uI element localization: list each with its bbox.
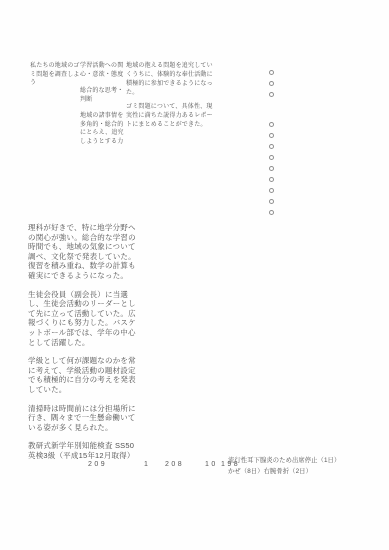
circle-mark-icon (269, 81, 274, 86)
general-remarks: 理科が好きで、特に地学分野への関心が強い。総合的な学習の時間でも、地域の気象につ… (28, 223, 142, 469)
attendance-notes: 流行性耳下腺炎のため出席停止（1日）かぜ（8日）右腕骨折（2日） (228, 455, 378, 477)
circle-mark-icon (269, 92, 274, 97)
circle-mark-icon (269, 188, 274, 193)
circle-mark-icon (269, 210, 274, 215)
behavior-mark-group-2 (269, 122, 274, 215)
attendance-note-line: かぜ（8日）右腕骨折（2日） (228, 466, 378, 477)
attendance-total-days: 209 (88, 461, 107, 468)
remarks-paragraph: 学級として何が課題なのかを常に考えて、学級活動の題材設定でも積極的に自分の考えを… (28, 356, 142, 394)
behavior-mark-group-1 (269, 70, 274, 97)
attendance-note-line: 流行性耳下腺炎のため出席停止（1日） (228, 455, 378, 466)
evaluation-item: ゴミ問題について、具体性、現実性に満ちた説得力あるレポートにまとめることができた… (126, 103, 218, 130)
circle-mark-icon (269, 133, 274, 138)
attendance-suspension-days: 1 (144, 461, 150, 468)
circle-mark-icon (269, 199, 274, 204)
remarks-paragraph: 教研式新学年別知能検査 SS50 英検3級（平成15年12月取得） (28, 441, 142, 460)
remarks-paragraph: 生徒会役員（副会長）に当選し、生徒会活動のリーダーとして先に立って活動していた。… (28, 290, 142, 348)
attendance-required-days: 208 (165, 461, 184, 468)
remarks-paragraph: 清掃時は時間前には分担場所に行き、隅々まで一生懸命働いている姿が多く見られた。 (28, 404, 142, 433)
learning-activity-title: 私たちの地域のゴミ問題を調査しよう (30, 62, 80, 88)
circle-mark-icon (269, 122, 274, 127)
circle-mark-icon (269, 144, 274, 149)
circle-mark-icon (269, 155, 274, 160)
viewpoint-list: 学習活動への関心・意欲・態度総合的な思考・判断地域の諸事情を多角的・総合的にとら… (80, 62, 126, 154)
circle-mark-icon (269, 177, 274, 182)
evaluation-list: 地域の抱える問題を追究していくうちに、体験的な奉仕活動に積極的に参加できるように… (126, 62, 218, 135)
circle-mark-icon (269, 70, 274, 75)
evaluation-item: 地域の抱える問題を追究していくうちに、体験的な奉仕活動に積極的に参加できるように… (126, 62, 218, 98)
remarks-paragraph: 理科が好きで、特に地学分野への関心が強い。総合的な学習の時間でも、地域の気象につ… (28, 223, 142, 281)
viewpoint-item: 学習活動への関心・意欲・態度 (80, 62, 126, 79)
viewpoint-item: 地域の諸事情を多角的・総合的にとらえ、追究しようとする力 (80, 112, 126, 146)
viewpoint-item: 総合的な思考・判断 (80, 87, 126, 104)
document-page: 私たちの地域のゴミ問題を調査しよう 学習活動への関心・意欲・態度総合的な思考・判… (0, 0, 389, 550)
attendance-absent-days: 10 (205, 461, 218, 468)
circle-mark-icon (269, 166, 274, 171)
